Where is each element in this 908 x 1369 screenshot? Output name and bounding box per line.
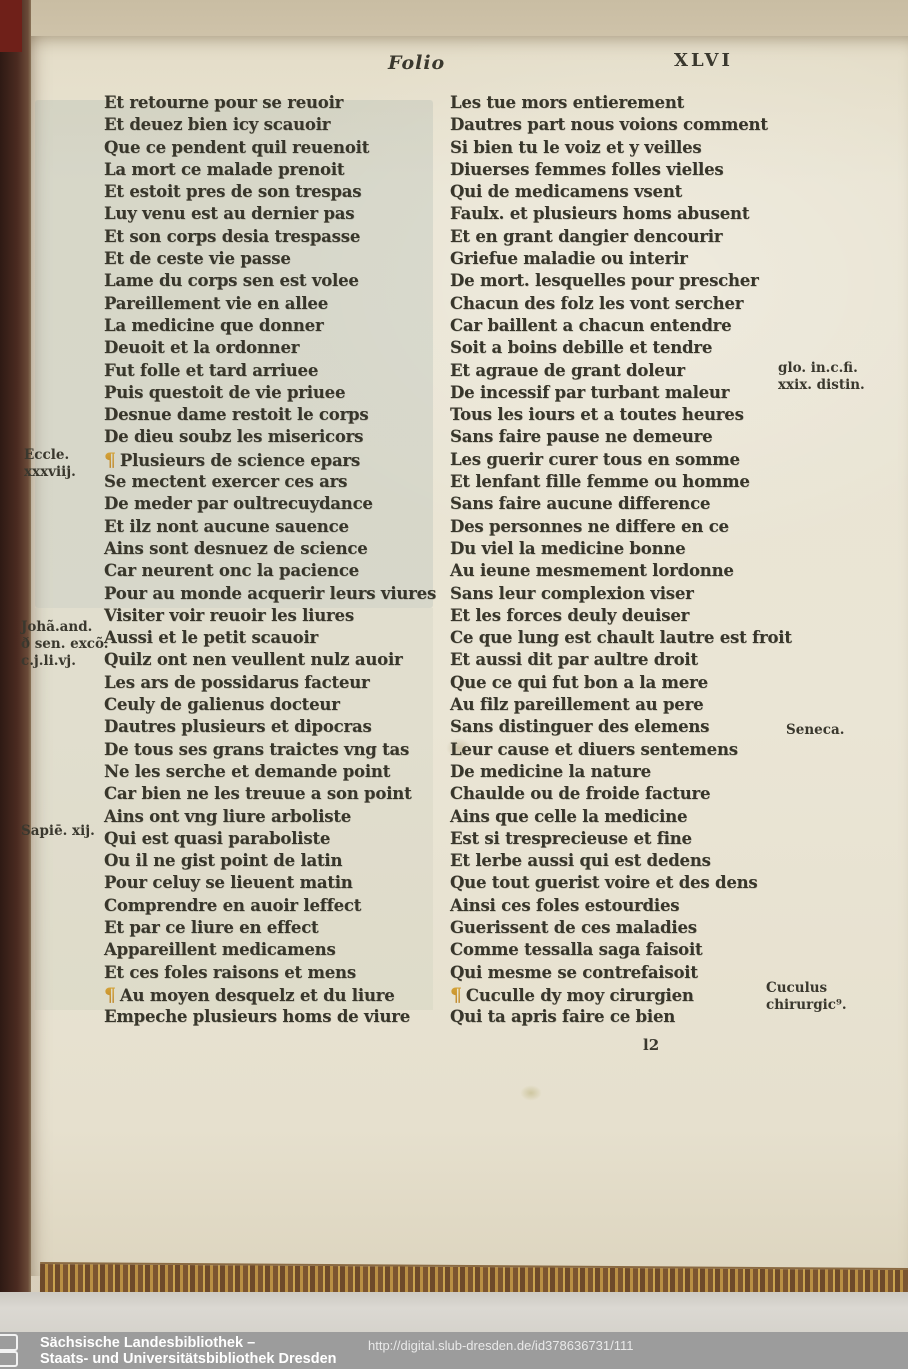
- verse-line: Aussi et le petit scauoir: [104, 627, 449, 649]
- margin-note: Cuculuschirurgic⁹.: [766, 980, 847, 1014]
- verse-line: Ains ont vng liure arboliste: [104, 806, 449, 828]
- verse-line: Ce que lung est chault lautre est froit: [450, 627, 795, 649]
- verse-line: De dieu soubz les misericors: [104, 426, 449, 448]
- verse-line: Diuerses femmes folles vielles: [450, 159, 795, 181]
- verse-column-left: Et retourne pour se reuoirEt deuez bien …: [104, 92, 449, 1028]
- verse-line: Qui de medicamens vsent: [450, 181, 795, 203]
- pilcrow-icon: ¶: [450, 984, 462, 1006]
- pilcrow-icon: ¶: [104, 449, 116, 471]
- verse-line: De tous ses grans traictes vng tas: [104, 739, 449, 761]
- verse-line: Du viel la medicine bonne: [450, 538, 795, 560]
- verse-line: Au ieune mesmement lordonne: [450, 560, 795, 582]
- verse-line: Et deuez bien icy scauoir: [104, 114, 449, 136]
- verse-line: Pour au monde acquerir leurs viures: [104, 583, 449, 605]
- verse-line: Pareillement vie en allee: [104, 293, 449, 315]
- margin-note-line: Cuculus: [766, 980, 847, 997]
- verse-line: Que ce pendent quil reuenoit: [104, 137, 449, 159]
- verse-line: Ne les serche et demande point: [104, 761, 449, 783]
- binding-corner: [0, 0, 22, 52]
- verse-line: Comprendre en auoir leffect: [104, 895, 449, 917]
- verse-line: Sans distinguer des elemens: [450, 716, 795, 738]
- slub-logo-icon: [0, 1334, 24, 1367]
- verse-line: Desnue dame restoit le corps: [104, 404, 449, 426]
- verse-line: Guerissent de ces maladies: [450, 917, 795, 939]
- verse-line: Dautres part nous voions comment: [450, 114, 795, 136]
- margin-note: Eccle.xxxviij.: [24, 447, 76, 481]
- verse-line: Visiter voir reuoir les liures: [104, 605, 449, 627]
- quire-signature-mark: l2: [643, 1036, 659, 1054]
- verse-line: Et aussi dit par aultre droit: [450, 649, 795, 671]
- verse-line: Se mectent exercer ces ars: [104, 471, 449, 493]
- verse-line: Sans faire aucune difference: [450, 493, 795, 515]
- verse-line: Car baillent a chacun entendre: [450, 315, 795, 337]
- stain: [520, 1085, 542, 1101]
- verse-line: Les tue mors entierement: [450, 92, 795, 114]
- verse-line: Chaulde ou de froide facture: [450, 783, 795, 805]
- verse-line: De mort. lesquelles pour prescher: [450, 270, 795, 292]
- verse-line: Deuoit et la ordonner: [104, 337, 449, 359]
- verse-line: Et lerbe aussi qui est dedens: [450, 850, 795, 872]
- verse-line: Tous les iours et a toutes heures: [450, 404, 795, 426]
- verse-line: Qui est quasi paraboliste: [104, 828, 449, 850]
- verse-line: La medicine que donner: [104, 315, 449, 337]
- verse-line: Et en grant dangier dencourir: [450, 226, 795, 248]
- margin-note: Johã.and.ð sen. excõ.c.j.li.vj.: [21, 619, 108, 670]
- margin-note: Sapiē. xij.: [21, 823, 95, 840]
- verse-line: Quilz ont nen veullent nulz auoir: [104, 649, 449, 671]
- verse-line: Que tout guerist voire et des dens: [450, 872, 795, 894]
- verse-line: La mort ce malade prenoit: [104, 159, 449, 181]
- verse-line: Qui mesme se contrefaisoit: [450, 962, 795, 984]
- verse-line: Pour celuy se lieuent matin: [104, 872, 449, 894]
- margin-note: glo. in.c.fi.xxix. distin.: [778, 360, 865, 394]
- verse-line: Leur cause et diuers sentemens: [450, 739, 795, 761]
- margin-note-line: xxix. distin.: [778, 377, 865, 394]
- verse-line: Griefue maladie ou interir: [450, 248, 795, 270]
- verse-line: Dautres plusieurs et dipocras: [104, 716, 449, 738]
- library-name: Sächsische Landesbibliothek – Staats- un…: [40, 1335, 337, 1367]
- verse-line: Ceuly de galienus docteur: [104, 694, 449, 716]
- verse-line: Et de ceste vie passe: [104, 248, 449, 270]
- verse-line: Qui ta apris faire ce bien: [450, 1006, 795, 1028]
- verse-line: Est si tresprecieuse et fine: [450, 828, 795, 850]
- verse-line: De meder par oultrecuydance: [104, 493, 449, 515]
- library-name-line2: Staats- und Universitätsbibliothek Dresd…: [40, 1351, 337, 1367]
- page-number-roman: XLVI: [674, 50, 733, 71]
- verse-line: Et agraue de grant doleur: [450, 360, 795, 382]
- margin-note-line: glo. in.c.fi.: [778, 360, 865, 377]
- digitization-footer-bar: Sächsische Landesbibliothek – Staats- un…: [0, 1332, 908, 1369]
- verse-line: Sans leur complexion viser: [450, 583, 795, 605]
- verse-line: Puis questoit de vie priuee: [104, 382, 449, 404]
- verse-line: Si bien tu le voiz et y veilles: [450, 137, 795, 159]
- verse-column-right: Les tue mors entierementDautres part nou…: [450, 92, 795, 1028]
- backdrop-cloth: [0, 1292, 908, 1332]
- verse-line: Sans faire pause ne demeure: [450, 426, 795, 448]
- verse-line: Les guerir curer tous en somme: [450, 449, 795, 471]
- verse-line: Et retourne pour se reuoir: [104, 92, 449, 114]
- verse-line: Que ce qui fut bon a la mere: [450, 672, 795, 694]
- verse-line: De incessif par turbant maleur: [450, 382, 795, 404]
- verse-line: Ains que celle la medicine: [450, 806, 795, 828]
- margin-note-line: c.j.li.vj.: [21, 653, 108, 670]
- margin-note-line: ð sen. excõ.: [21, 636, 108, 653]
- verse-line: Faulx. et plusieurs homs abusent: [450, 203, 795, 225]
- verse-line: Chacun des folz les vont sercher: [450, 293, 795, 315]
- verse-line: Lame du corps sen est volee: [104, 270, 449, 292]
- margin-note-line: Sapiē. xij.: [21, 823, 95, 840]
- verse-line: Et ilz nont aucune sauence: [104, 516, 449, 538]
- margin-note-line: Johã.and.: [21, 619, 108, 636]
- verse-line: Et par ce liure en effect: [104, 917, 449, 939]
- verse-line: Car neurent onc la pacience: [104, 560, 449, 582]
- margin-note-line: Eccle.: [24, 447, 76, 464]
- pilcrow-icon: ¶: [104, 984, 116, 1006]
- folio-label: Folio: [388, 52, 445, 74]
- verse-line: Les ars de possidarus facteur: [104, 672, 449, 694]
- margin-note-line: chirurgic⁹.: [766, 997, 847, 1014]
- verse-line: Ou il ne gist point de latin: [104, 850, 449, 872]
- verse-line: Appareillent medicamens: [104, 939, 449, 961]
- verse-line: Des personnes ne differe en ce: [450, 516, 795, 538]
- verse-line: Et lenfant fille femme ou homme: [450, 471, 795, 493]
- verse-line: Luy venu est au dernier pas: [104, 203, 449, 225]
- verse-line: ¶Plusieurs de science epars: [104, 449, 449, 471]
- verse-line: Au filz pareillement au pere: [450, 694, 795, 716]
- verse-line: Et les forces deuly deuiser: [450, 605, 795, 627]
- verse-line: Empeche plusieurs homs de viure: [104, 1006, 449, 1028]
- margin-note-line: xxxviij.: [24, 464, 76, 481]
- verse-line: Et estoit pres de son trespas: [104, 181, 449, 203]
- library-name-line1: Sächsische Landesbibliothek –: [40, 1335, 337, 1351]
- manuscript-scan-page: Folio XLVI Et retourne pour se reuoirEt …: [0, 0, 908, 1369]
- verse-line: ¶Cuculle dy moy cirurgien: [450, 984, 795, 1006]
- verse-line: Et son corps desia trespasse: [104, 226, 449, 248]
- verse-line: ¶Au moyen desquelz et du liure: [104, 984, 449, 1006]
- margin-note: Seneca.: [786, 722, 844, 739]
- verse-line: Et ces foles raisons et mens: [104, 962, 449, 984]
- verse-line: Ainsi ces foles estourdies: [450, 895, 795, 917]
- digital-object-url: http://digital.slub-dresden.de/id3786367…: [368, 1338, 634, 1353]
- verse-line: Fut folle et tard arriuee: [104, 360, 449, 382]
- verse-line: Car bien ne les treuue a son point: [104, 783, 449, 805]
- margin-note-line: Seneca.: [786, 722, 844, 739]
- verse-line: De medicine la nature: [450, 761, 795, 783]
- verse-line: Ains sont desnuez de science: [104, 538, 449, 560]
- verse-line: Soit a boins debille et tendre: [450, 337, 795, 359]
- verse-line: Comme tessalla saga faisoit: [450, 939, 795, 961]
